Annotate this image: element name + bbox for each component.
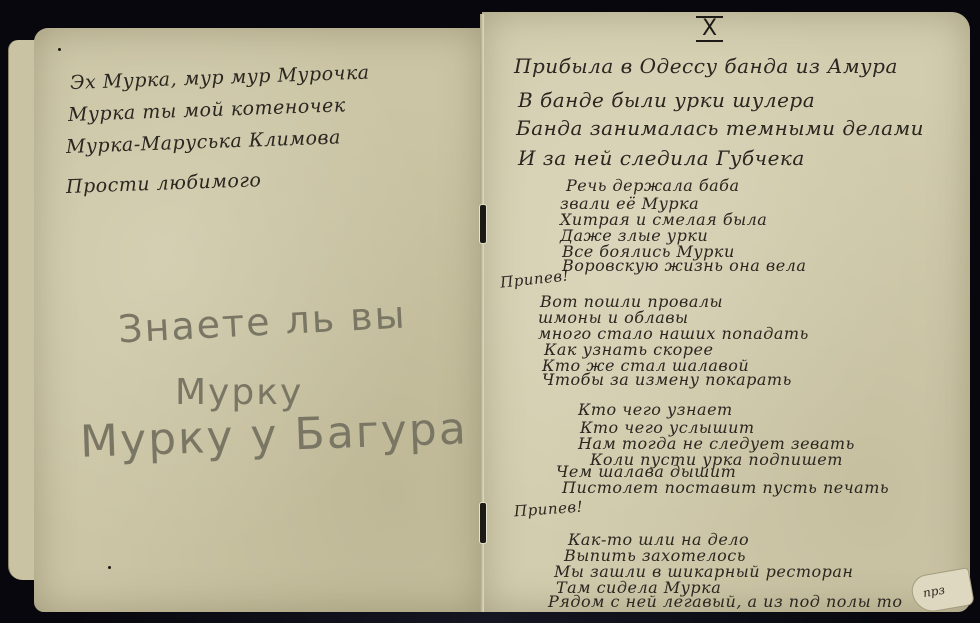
verse-line: Воровскую жизнь она вела [562,256,806,275]
verse-line: Кто чего узнает [578,400,733,419]
ink-speck [58,48,61,51]
verse-line: Банда занималась темными делами [516,116,924,140]
corner-fold-text: прз [922,583,946,601]
open-notebook: Эх Мурка, мур мур Мурочка Мурка ты мой к… [0,0,980,623]
verse-line: В банде были урки шулера [518,88,815,112]
verse-line: И за ней следила Губчека [518,146,805,170]
staple-bottom-icon [479,502,487,544]
verse-line: Рядом с ней легавый, а из под полы то [548,592,902,611]
staple-top-icon [479,204,487,244]
page-mark: X [696,16,723,42]
verse-line: Чтобы за измену покарать [542,370,792,389]
pencil-line: Мурку [175,372,303,413]
verse-line: Прибыла в Одессу банда из Амура [514,54,898,78]
verse-line: Речь держала баба [566,176,739,195]
ink-speck [108,566,111,569]
verse-line: Пистолет поставит пусть печать [562,478,889,497]
